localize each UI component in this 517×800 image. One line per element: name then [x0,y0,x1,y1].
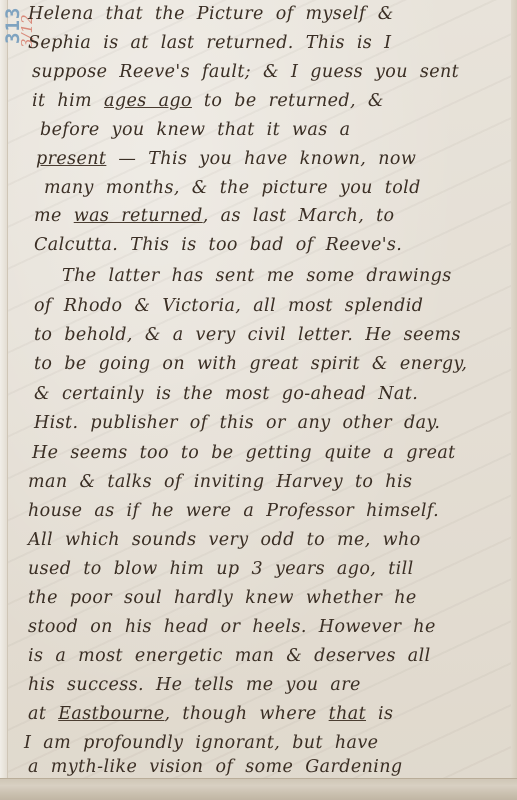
text-line: many months, & the picture you told [44,178,421,198]
page-right-edge [511,0,517,800]
text-line: All which sounds very odd to me, who [28,530,421,550]
manuscript-page: 313 3/12 Helena that the Picture of myse… [0,0,517,800]
text-line: Hist. publisher of this or any other day… [34,413,440,433]
text-line: man & talks of inviting Harvey to his [28,472,412,492]
text-line: Calcutta. This is too bad of Reeve's. [34,235,402,255]
text-line: stood on his head or heels. However he [28,617,436,637]
text-line: The latter has sent me some drawings [62,266,452,286]
text-line: He seems too to be getting quite a great [32,443,456,463]
text-line: I am profoundly ignorant, but have [24,733,378,753]
text-line: used to blow him up 3 years ago, till [28,559,414,579]
underlined-word: Eastbourne [58,704,164,724]
text-line: is a most energetic man & deserves all [28,646,431,666]
text-line: Helena that the Picture of myself & [28,4,394,24]
underlined-word: was returned [74,206,203,226]
text-line: a myth-like vision of some Gardening [28,757,403,777]
text-line: me was returned, as last March, to [34,206,395,226]
text-line: present — This you have known, now [36,149,416,169]
text-line: & certainly is the most go-ahead Nat. [34,384,418,404]
text-line: suppose Reeve's fault; & I guess you sen… [32,62,459,82]
text-line: it him ages ago to be returned, & [32,91,384,111]
underlined-word: ages ago [104,91,192,111]
text-line: to be going on with great spirit & energ… [34,354,467,374]
text-line: to behold, & a very civil letter. He see… [34,325,461,345]
text-line: of Rhodo & Victoria, all most splendid [34,296,423,316]
page-left-edge [0,0,8,800]
text-line: the poor soul hardly knew whether he [28,588,417,608]
text-line: Sephia is at last returned. This is I [28,33,391,53]
underlined-word: that [329,704,366,724]
page-bottom-edge [0,778,517,800]
text-line: at Eastbourne, though where that is [28,704,393,724]
underlined-word: present [36,149,106,169]
text-line: house as if he were a Professor himself. [28,501,439,521]
text-line: his success. He tells me you are [28,675,361,695]
text-line: before you knew that it was a [40,120,350,140]
